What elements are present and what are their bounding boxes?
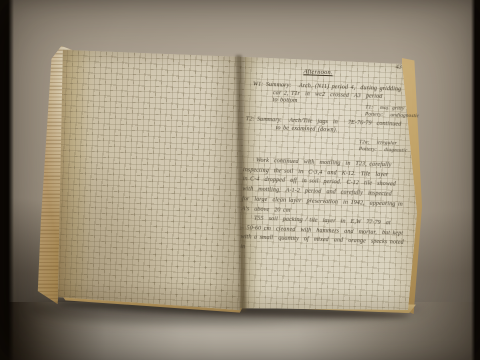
photo-scene: 43 Afternoon. W1: Summary: Arch. (N11) p… bbox=[0, 0, 480, 360]
left-page-blank-grid bbox=[56, 47, 248, 313]
dark-frame-left bbox=[0, 0, 14, 360]
right-page-grid bbox=[240, 56, 420, 314]
dark-frame-right bbox=[471, 0, 480, 360]
